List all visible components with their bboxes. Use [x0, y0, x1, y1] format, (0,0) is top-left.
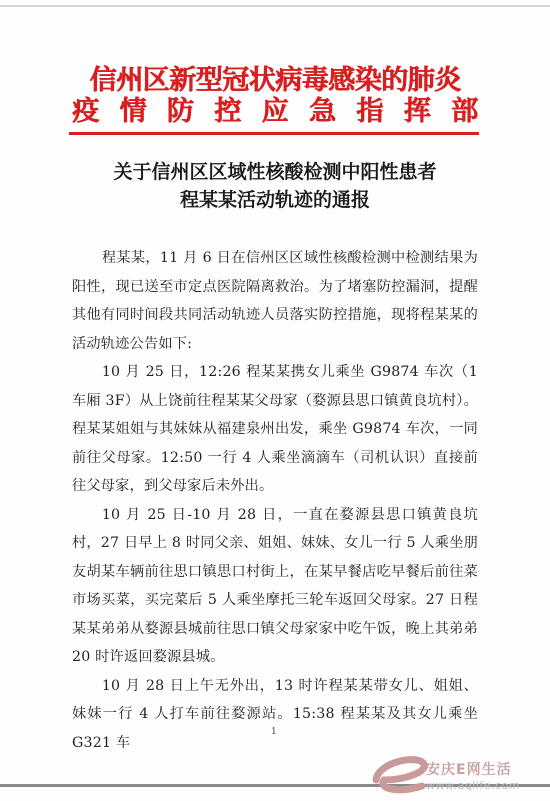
watermark-site-name: 安庆E网生活	[426, 759, 512, 779]
header-line-2: 疫 情 防 控 应 急 指 挥 部	[70, 96, 480, 127]
watermark-url: www.aqlife.com	[426, 779, 520, 792]
header-char: 急	[309, 96, 336, 127]
header-char: 挥	[404, 96, 431, 127]
title-line-1: 关于信州区区域性核酸检测中阳性患者	[50, 158, 500, 186]
header-line-1: 信州区新型冠状病毒感染的肺炎	[70, 65, 480, 96]
header-char: 部	[451, 96, 478, 127]
header-char: 防	[167, 96, 194, 127]
top-border	[0, 5, 550, 7]
header-char: 控	[214, 96, 241, 127]
body-paragraph: 程某某，11 月 6 日在信州区区域性核酸检测中检测结果为阳性，现已送至市定点医…	[72, 244, 478, 358]
header-char: 指	[356, 96, 383, 127]
page-number: 1	[271, 727, 277, 737]
red-divider-line	[69, 132, 479, 135]
issuing-authority-header: 信州区新型冠状病毒感染的肺炎 疫 情 防 控 应 急 指 挥 部	[70, 65, 480, 127]
body-paragraph: 10 月 25 日，12:26 程某某携女儿乘坐 G9874 车次（1 车厢 3…	[72, 358, 478, 501]
header-char: 应	[262, 96, 289, 127]
document-body: 程某某，11 月 6 日在信州区区域性核酸检测中检测结果为阳性，现已送至市定点医…	[72, 244, 478, 757]
body-paragraph: 10 月 25 日-10 月 28 日，一直在婺源县思口镇黄良坑村，27 日早上…	[72, 501, 478, 672]
header-char: 情	[119, 96, 146, 127]
document-title: 关于信州区区域性核酸检测中阳性患者 程某某活动轨迹的通报	[50, 158, 500, 214]
watermark: 安庆E网生活 www.aqlife.com	[368, 745, 550, 801]
header-char: 疫	[72, 96, 99, 127]
title-line-2: 程某某活动轨迹的通报	[50, 186, 500, 214]
